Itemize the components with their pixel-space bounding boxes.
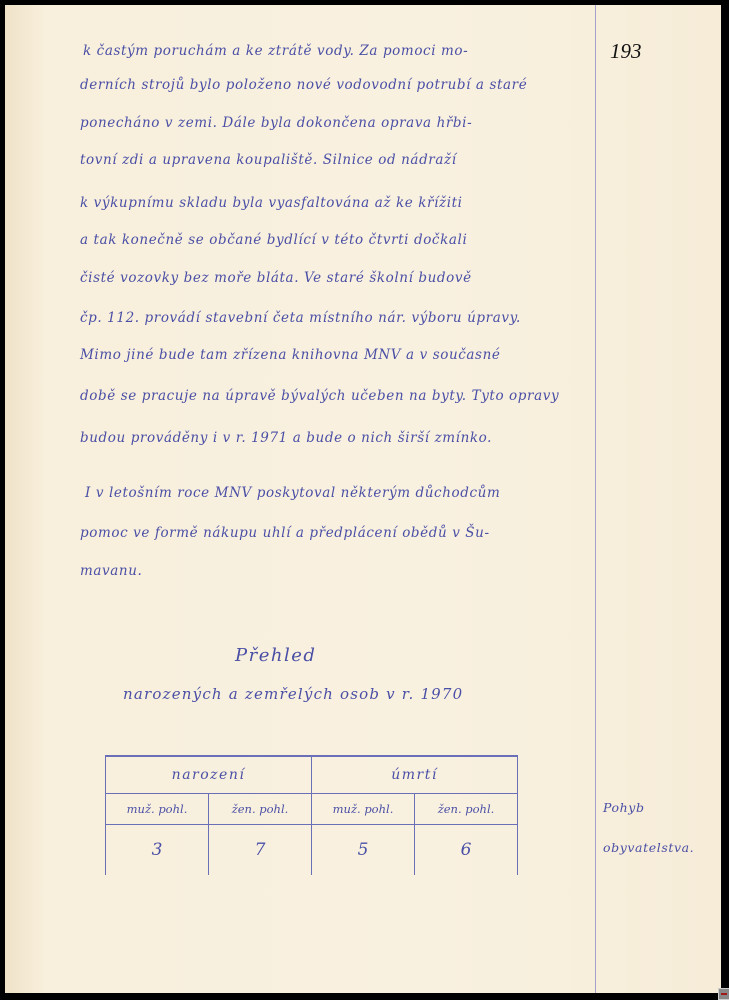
margin-note-line: obyvatelstva. [603,840,694,855]
overview-subtitle: narozených a zemřelých osob v r. 1970 [123,685,463,703]
text-line: k výkupnímu skladu byla vyasfaltována až… [80,195,463,211]
page-number: 193 [610,39,642,64]
column-header: muž. pohl. [312,794,415,825]
text-line: k častým poruchám a ke ztrátě vody. Za p… [83,43,468,59]
text-line: a tak konečně se občané bydlící v této č… [80,232,467,248]
text-line: čisté vozovky bez moře bláta. Ve staré š… [80,270,472,286]
group-header-births: narození [106,756,312,794]
column-header: žen. pohl. [209,794,312,825]
viewer-corner-icon[interactable] [718,988,729,1000]
table-cell: 3 [106,825,209,876]
table-cell: 5 [312,825,415,876]
text-line: derních strojů bylo položeno nové vodovo… [80,77,527,93]
margin-note-line: Pohyb [603,800,645,815]
column-header: žen. pohl. [415,794,518,825]
margin-rule [595,5,596,993]
text-line: I v letošním roce MNV poskytoval některý… [85,485,500,501]
text-line: čp. 112. provádí stavební četa místního … [80,310,521,326]
text-line: pomoc ve formě nákupu uhlí a předplácení… [80,525,490,541]
text-line: tovní zdi a upravena koupaliště. Silnice… [80,152,457,168]
overview-title: Přehled [235,645,316,666]
text-line: ponecháno v zemi. Dále byla dokončena op… [80,115,472,131]
text-line: budou prováděny i v r. 1971 a bude o nic… [80,430,492,446]
chronicle-page: 193 k častým poruchám a ke ztrátě vody. … [5,5,721,993]
text-line: době se pracuje na úpravě bývalých učebe… [80,388,559,404]
column-header: muž. pohl. [106,794,209,825]
text-line: mavanu. [80,563,142,579]
group-header-deaths: úmrtí [312,756,518,794]
births-deaths-table: narození úmrtí muž. pohl. žen. pohl. muž… [105,755,518,875]
table-cell: 6 [415,825,518,876]
table-cell: 7 [209,825,312,876]
text-line: Mimo jiné bude tam zřízena knihovna MNV … [80,347,500,363]
